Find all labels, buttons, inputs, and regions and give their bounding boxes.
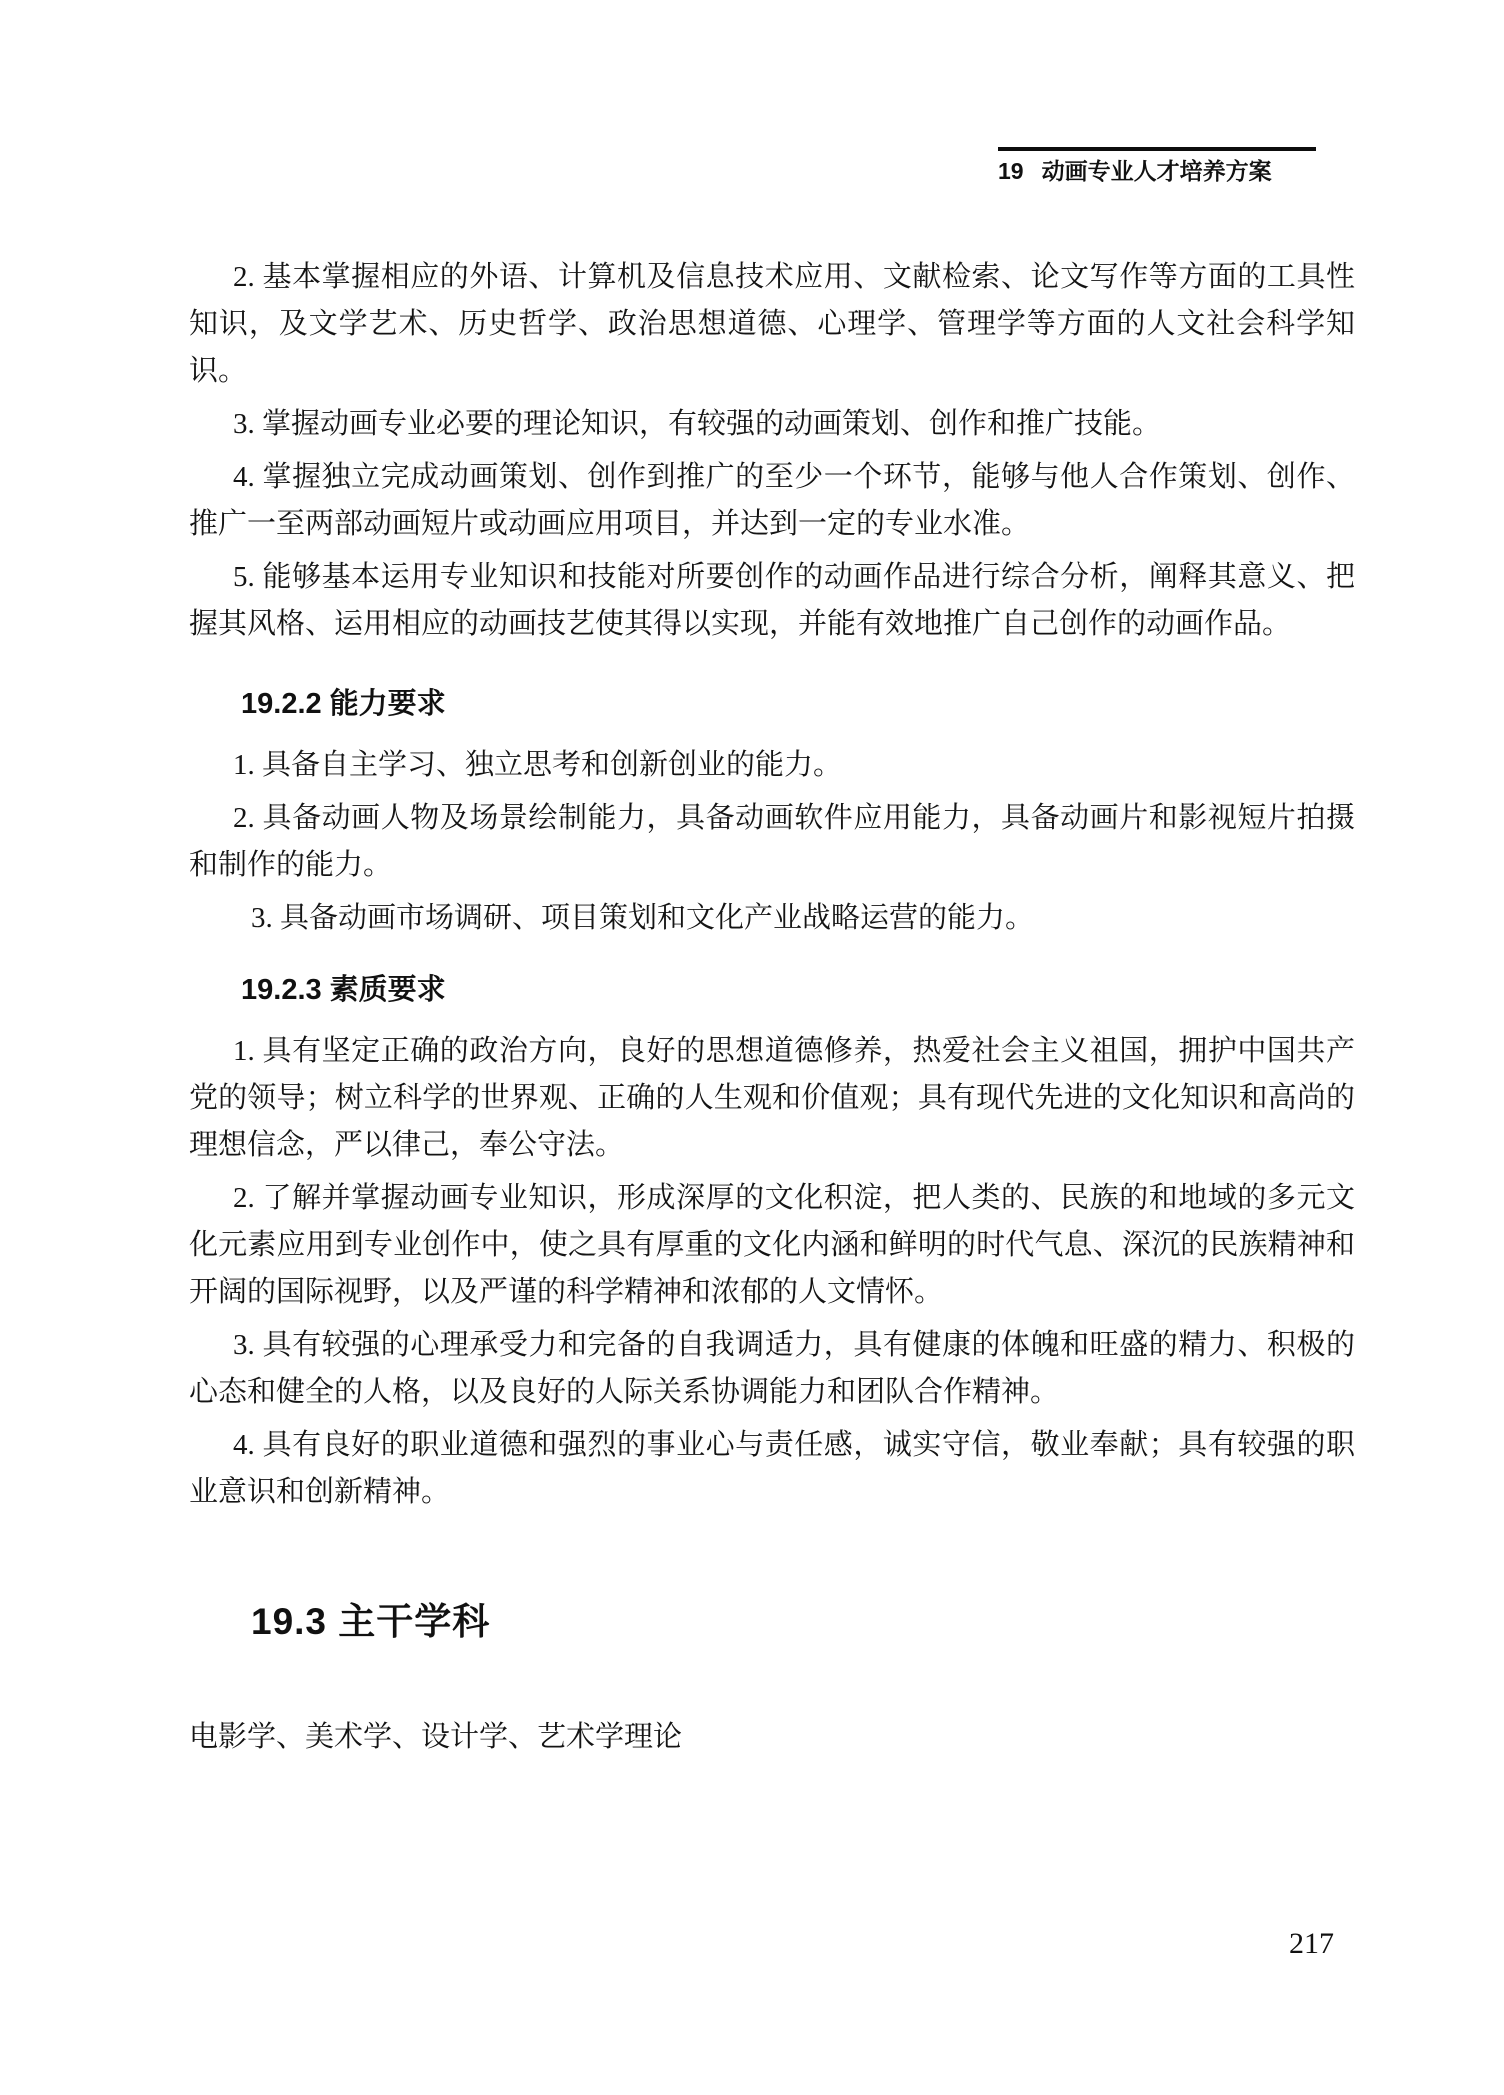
ability-item-2: 2. 具备动画人物及场景绘制能力，具备动画软件应用能力，具备动画片和影视短片拍摄… xyxy=(189,795,1355,889)
knowledge-paragraph-5: 5. 能够基本运用专业知识和技能对所要创作的动画作品进行综合分析，阐释其意义、把… xyxy=(189,554,1355,648)
quality-item-4: 4. 具有良好的职业道德和强烈的事业心与责任感，诚实守信，敬业奉献；具有较强的职… xyxy=(189,1422,1355,1516)
section-heading-quality-requirements: 19.2.3 素质要求 xyxy=(189,972,1355,1008)
running-header: 19 动画专业人才培养方案 xyxy=(998,147,1316,185)
ability-item-3: 3. 具备动画市场调研、项目策划和文化产业战略运营的能力。 xyxy=(189,895,1355,942)
quality-item-1: 1. 具有坚定正确的政治方向，良好的思想道德修养，热爱社会主义祖国，拥护中国共产… xyxy=(189,1028,1355,1169)
knowledge-paragraph-2: 2. 基本掌握相应的外语、计算机及信息技术应用、文献检索、论文写作等方面的工具性… xyxy=(189,254,1355,395)
quality-item-2: 2. 了解并掌握动画专业知识，形成深厚的文化积淀，把人类的、民族的和地域的多元文… xyxy=(189,1175,1355,1316)
chapter-number: 19 xyxy=(998,157,1024,185)
section-heading-core-disciplines: 19.3 主干学科 xyxy=(189,1598,1355,1646)
core-disciplines-text: 电影学、美术学、设计学、艺术学理论 xyxy=(189,1714,1355,1761)
knowledge-paragraph-3: 3. 掌握动画专业必要的理论知识，有较强的动画策划、创作和推广技能。 xyxy=(189,401,1355,448)
knowledge-paragraph-4: 4. 掌握独立完成动画策划、创作到推广的至少一个环节，能够与他人合作策划、创作、… xyxy=(189,454,1355,548)
section-heading-ability-requirements: 19.2.2 能力要求 xyxy=(189,686,1355,722)
ability-item-1: 1. 具备自主学习、独立思考和创新创业的能力。 xyxy=(189,742,1355,789)
page-number: 217 xyxy=(1289,1926,1334,1962)
page-body: 2. 基本掌握相应的外语、计算机及信息技术应用、文献检索、论文写作等方面的工具性… xyxy=(189,240,1355,1761)
quality-item-3: 3. 具有较强的心理承受力和完备的自我调适力，具有健康的体魄和旺盛的精力、积极的… xyxy=(189,1322,1355,1416)
chapter-title: 动画专业人才培养方案 xyxy=(1042,157,1272,185)
